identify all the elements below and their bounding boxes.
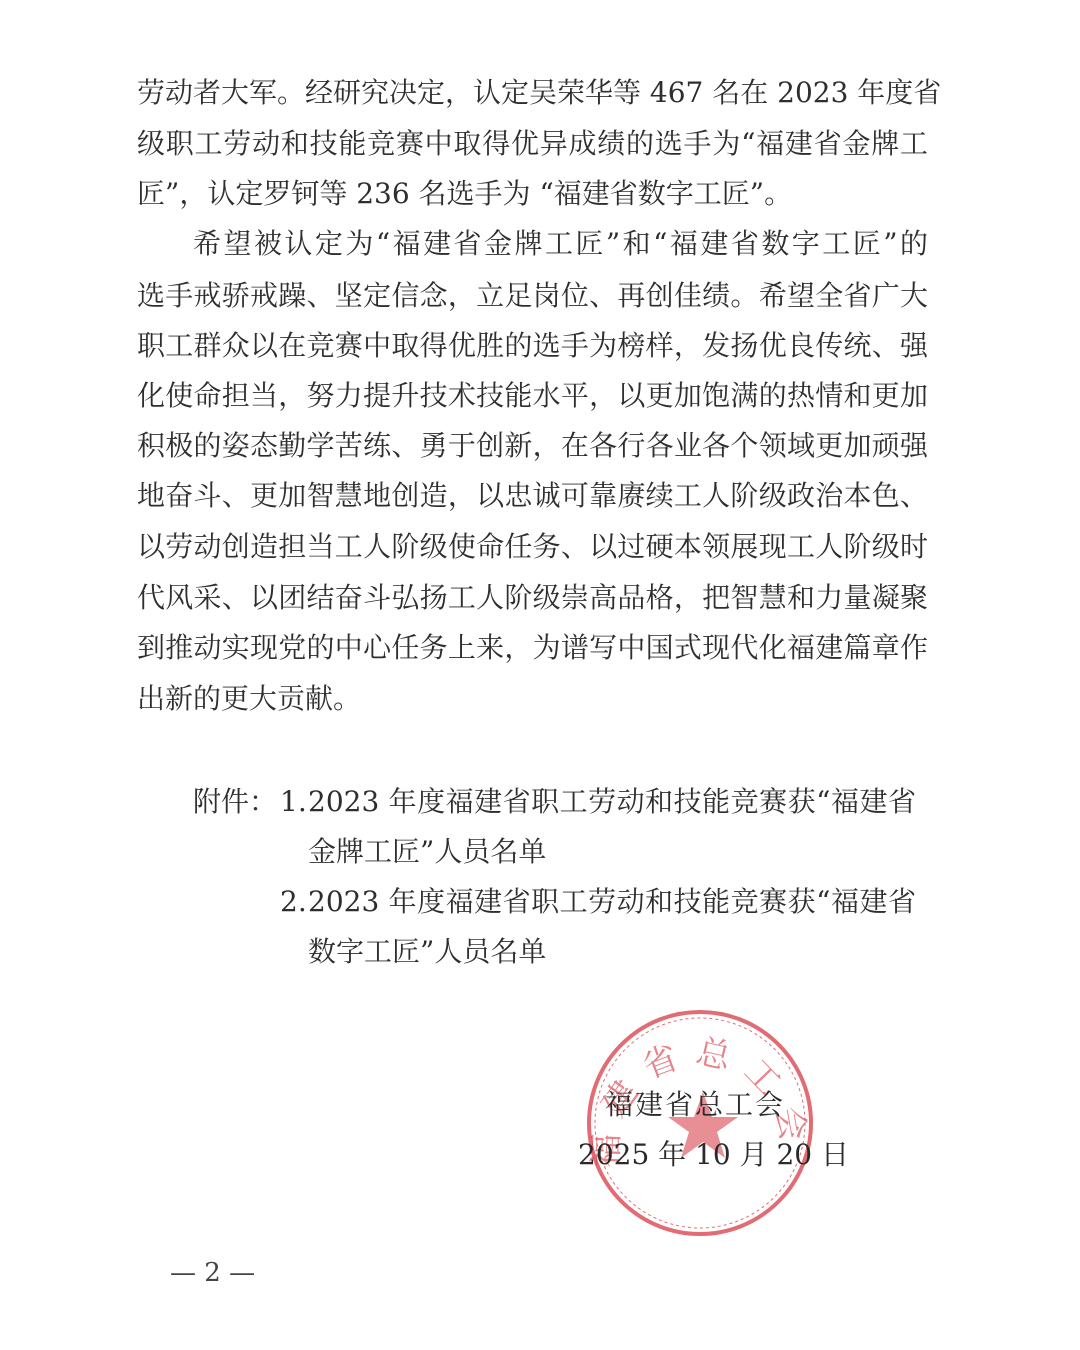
body-line: 出新的更大贡献。 <box>137 673 928 724</box>
attachment-item-2: 2023 年度福建省职工劳动和技能竞赛获“福建省 <box>308 877 916 927</box>
body-line: 以劳动创造担当工人阶级使命任务、以过硬本领展现工人阶级时 <box>137 521 928 572</box>
body-line: 匠”，认定罗钶等 236 名选手为 “福建省数字工匠”。 <box>137 168 928 219</box>
body-line: 职工群众以在竞赛中取得优胜的选手为榜样，发扬优良传统、强 <box>137 320 928 371</box>
body-line: 积极的姿态勤学苦练、勇于创新，在各行各业各个领域更加顽强 <box>137 420 928 471</box>
attachment-item-2-cont: 数字工匠”人员名单 <box>308 927 546 977</box>
body-line: 希望被认定为“福建省金牌工匠”和“福建省数字工匠”的 <box>193 218 928 269</box>
body-line: 选手戒骄戒躁、坚定信念，立足岗位、再创佳绩。希望全省广大 <box>137 270 928 321</box>
attachments-label: 附件： <box>193 777 277 827</box>
body-line: 到推动实现党的中心任务上来，为谱写中国式现代化福建篇章作 <box>137 622 928 673</box>
page-number: — 2 — <box>170 1255 255 1291</box>
attachment-item-1: 2023 年度福建省职工劳动和技能竞赛获“福建省 <box>308 777 916 827</box>
body-line: 地奋斗、更加智慧地创造，以忠诚可靠赓续工人阶级政治本色、 <box>137 470 928 521</box>
body-line: 劳动者大军。经研究决定，认定吴荣华等 467 名在 2023 年度省 <box>137 67 928 118</box>
attachment-item-1-cont: 金牌工匠”人员名单 <box>308 827 546 877</box>
attachment-number: 1. <box>280 777 307 827</box>
body-line: 代风采、以团结奋斗弘扬工人阶级崇高品格，把智慧和力量凝聚 <box>137 572 928 623</box>
body-line: 化使命担当，努力提升技术技能水平，以更加饱满的热情和更加 <box>137 370 928 421</box>
signature-organization: 福建省总工会 <box>605 1085 785 1125</box>
document-page: 劳动者大军。经研究决定，认定吴荣华等 467 名在 2023 年度省 级职工劳动… <box>0 0 1080 1350</box>
attachment-number: 2. <box>280 877 307 927</box>
signature-date: 2025 年 10 月 20 日 <box>578 1135 849 1175</box>
body-line: 级职工劳动和技能竞赛中取得优异成绩的选手为“福建省金牌工 <box>137 118 928 169</box>
